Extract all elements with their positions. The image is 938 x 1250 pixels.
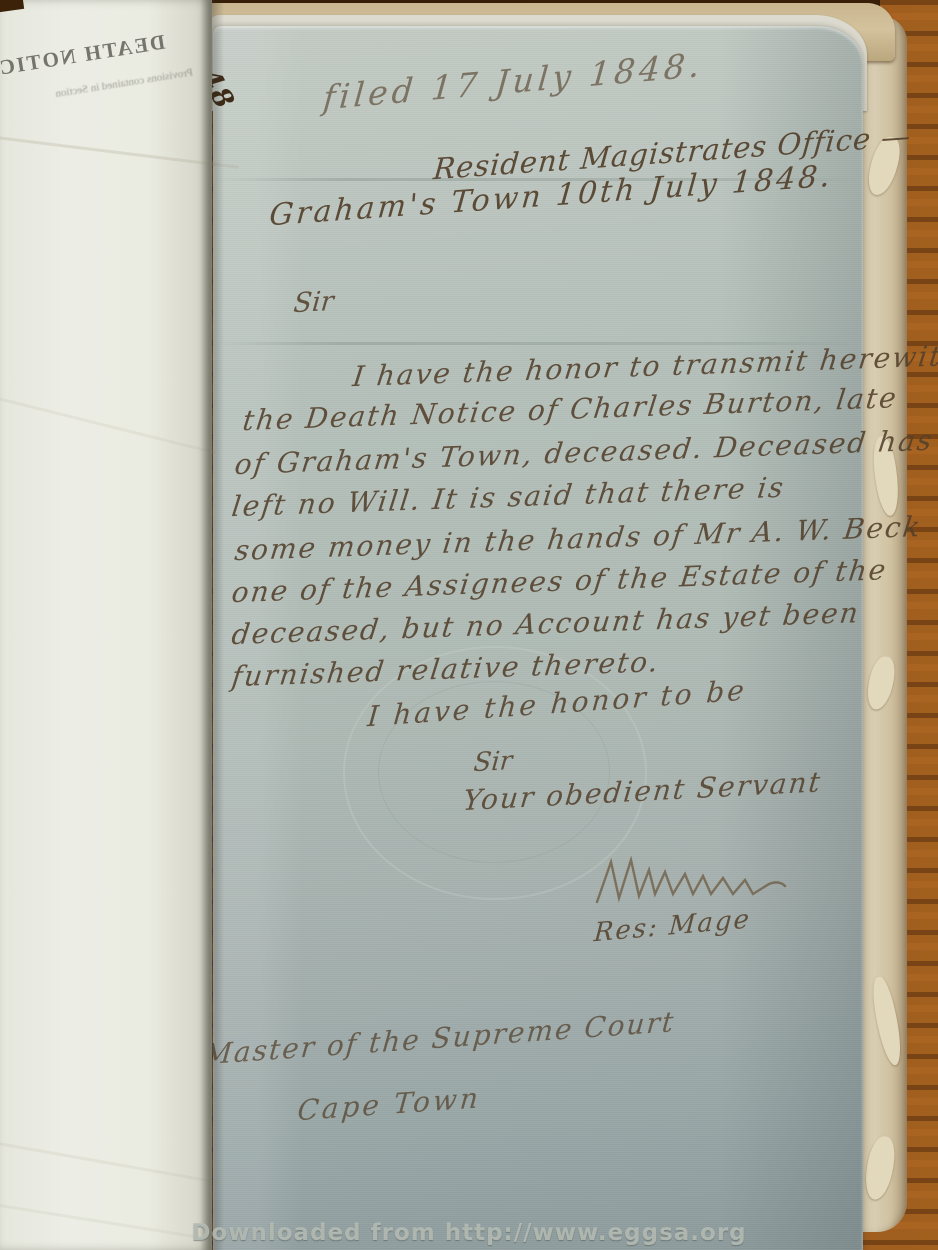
paper-tear — [863, 1135, 898, 1202]
site-watermark: Downloaded from http://www.eggsa.org — [0, 1220, 938, 1246]
left-book-page: DEATH NOTICE. Provisions contained in Se… — [0, 0, 212, 1250]
fold-crease — [213, 342, 863, 345]
closing-line: Sir — [472, 746, 513, 778]
paper-crease — [0, 389, 217, 455]
photo-of-archival-letter: 48 filed 17 July 1848. Resident Magistra… — [0, 0, 938, 1250]
salutation: Sir — [292, 286, 335, 319]
letter-page: 48 filed 17 July 1848. Resident Magistra… — [213, 26, 863, 1250]
book-gutter-shadow — [200, 0, 224, 1250]
signature-scrawl — [591, 848, 791, 918]
paper-tear — [864, 654, 897, 711]
paper-crease — [0, 1137, 228, 1185]
paper-tear — [868, 975, 906, 1067]
mirrored-death-notice-title: DEATH NOTICE. — [5, 30, 167, 80]
